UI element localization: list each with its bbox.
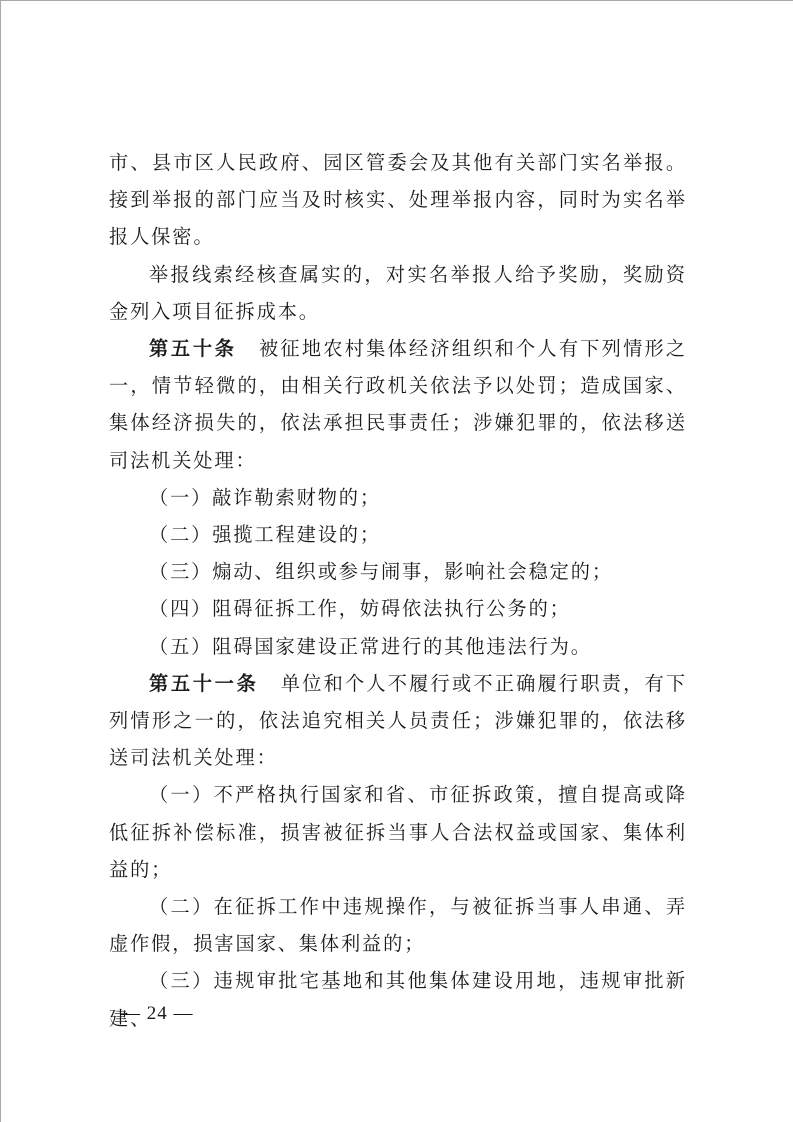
article-number: 第五十条: [149, 337, 237, 360]
paragraph-reward: 举报线索经核查属实的，对实名举报人给予奖励，奖励资金列入项目征拆成本。: [109, 256, 687, 330]
list-item: （三）违规审批宅基地和其他集体建设用地，违规审批新建、: [109, 962, 687, 1036]
list-item: （四）阻碍征拆工作，妨碍依法执行公务的；: [109, 590, 687, 627]
list-item: （二）在征拆工作中违规操作，与被征拆当事人串通、弄虚作假，损害国家、集体利益的；: [109, 888, 687, 962]
article-51: 第五十一条单位和个人不履行或不正确履行职责，有下列情形之一的，依法追究相关人员责…: [109, 665, 687, 777]
article-number: 第五十一条: [149, 672, 258, 695]
list-item: （二）强揽工程建设的；: [109, 516, 687, 553]
paragraph-continuation: 市、县市区人民政府、园区管委会及其他有关部门实名举报。接到举报的部门应当及时核实…: [109, 144, 687, 256]
article-50: 第五十条被征地农村集体经济组织和个人有下列情形之一，情节轻微的，由相关行政机关依…: [109, 330, 687, 479]
list-item: （五）阻碍国家建设正常进行的其他违法行为。: [109, 628, 687, 665]
document-page: 市、县市区人民政府、园区管委会及其他有关部门实名举报。接到举报的部门应当及时核实…: [0, 0, 793, 1122]
page-number: — 24 —: [121, 1003, 194, 1025]
list-item: （一）敲诈勒索财物的；: [109, 479, 687, 516]
document-body: 市、县市区人民政府、园区管委会及其他有关部门实名举报。接到举报的部门应当及时核实…: [109, 144, 687, 1037]
list-item: （三）煽动、组织或参与闹事，影响社会稳定的；: [109, 553, 687, 590]
list-item: （一）不严格执行国家和省、市征拆政策，擅自提高或降低征拆补偿标准，损害被征拆当事…: [109, 776, 687, 888]
